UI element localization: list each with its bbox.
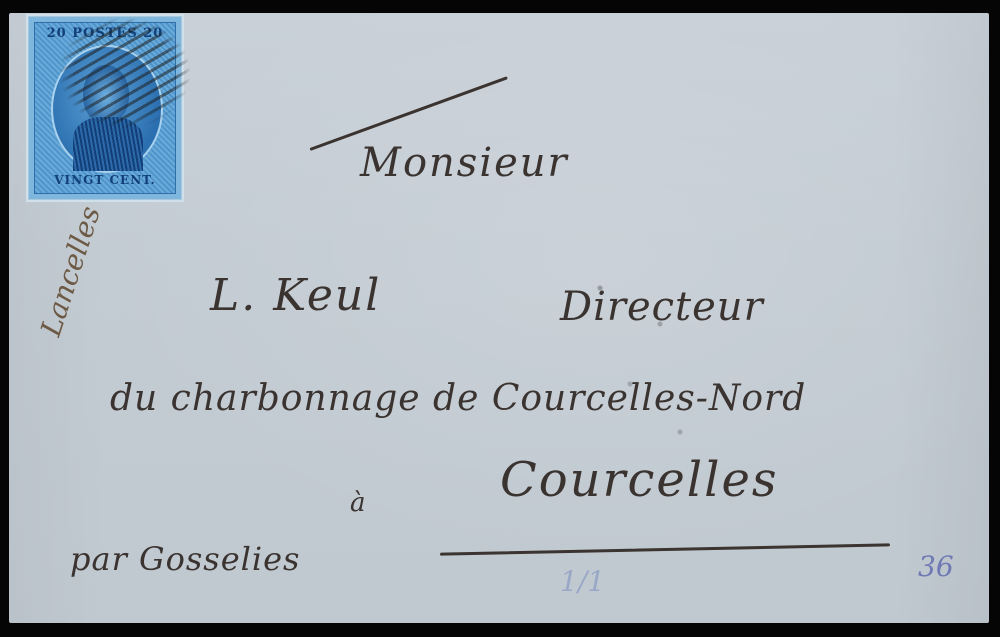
address-line-town: Courcelles	[500, 452, 779, 508]
pencil-note-left: 1/1	[560, 565, 605, 598]
ink-smudges	[540, 240, 740, 480]
address-line-routing: par Gosselies	[70, 540, 300, 578]
address-line-title: Directeur	[560, 284, 764, 330]
address-line-name: L. Keul	[210, 270, 381, 321]
address-line-company: du charbonnage de Courcelles-Nord	[110, 378, 806, 419]
address-line-salutation: Monsieur	[360, 140, 569, 186]
stamp-bottom-text: VINGT CENT.	[35, 173, 175, 187]
cancellation-mark	[60, 18, 190, 128]
address-line-prefix: à	[350, 488, 366, 518]
pencil-note-right: 36	[918, 550, 954, 583]
